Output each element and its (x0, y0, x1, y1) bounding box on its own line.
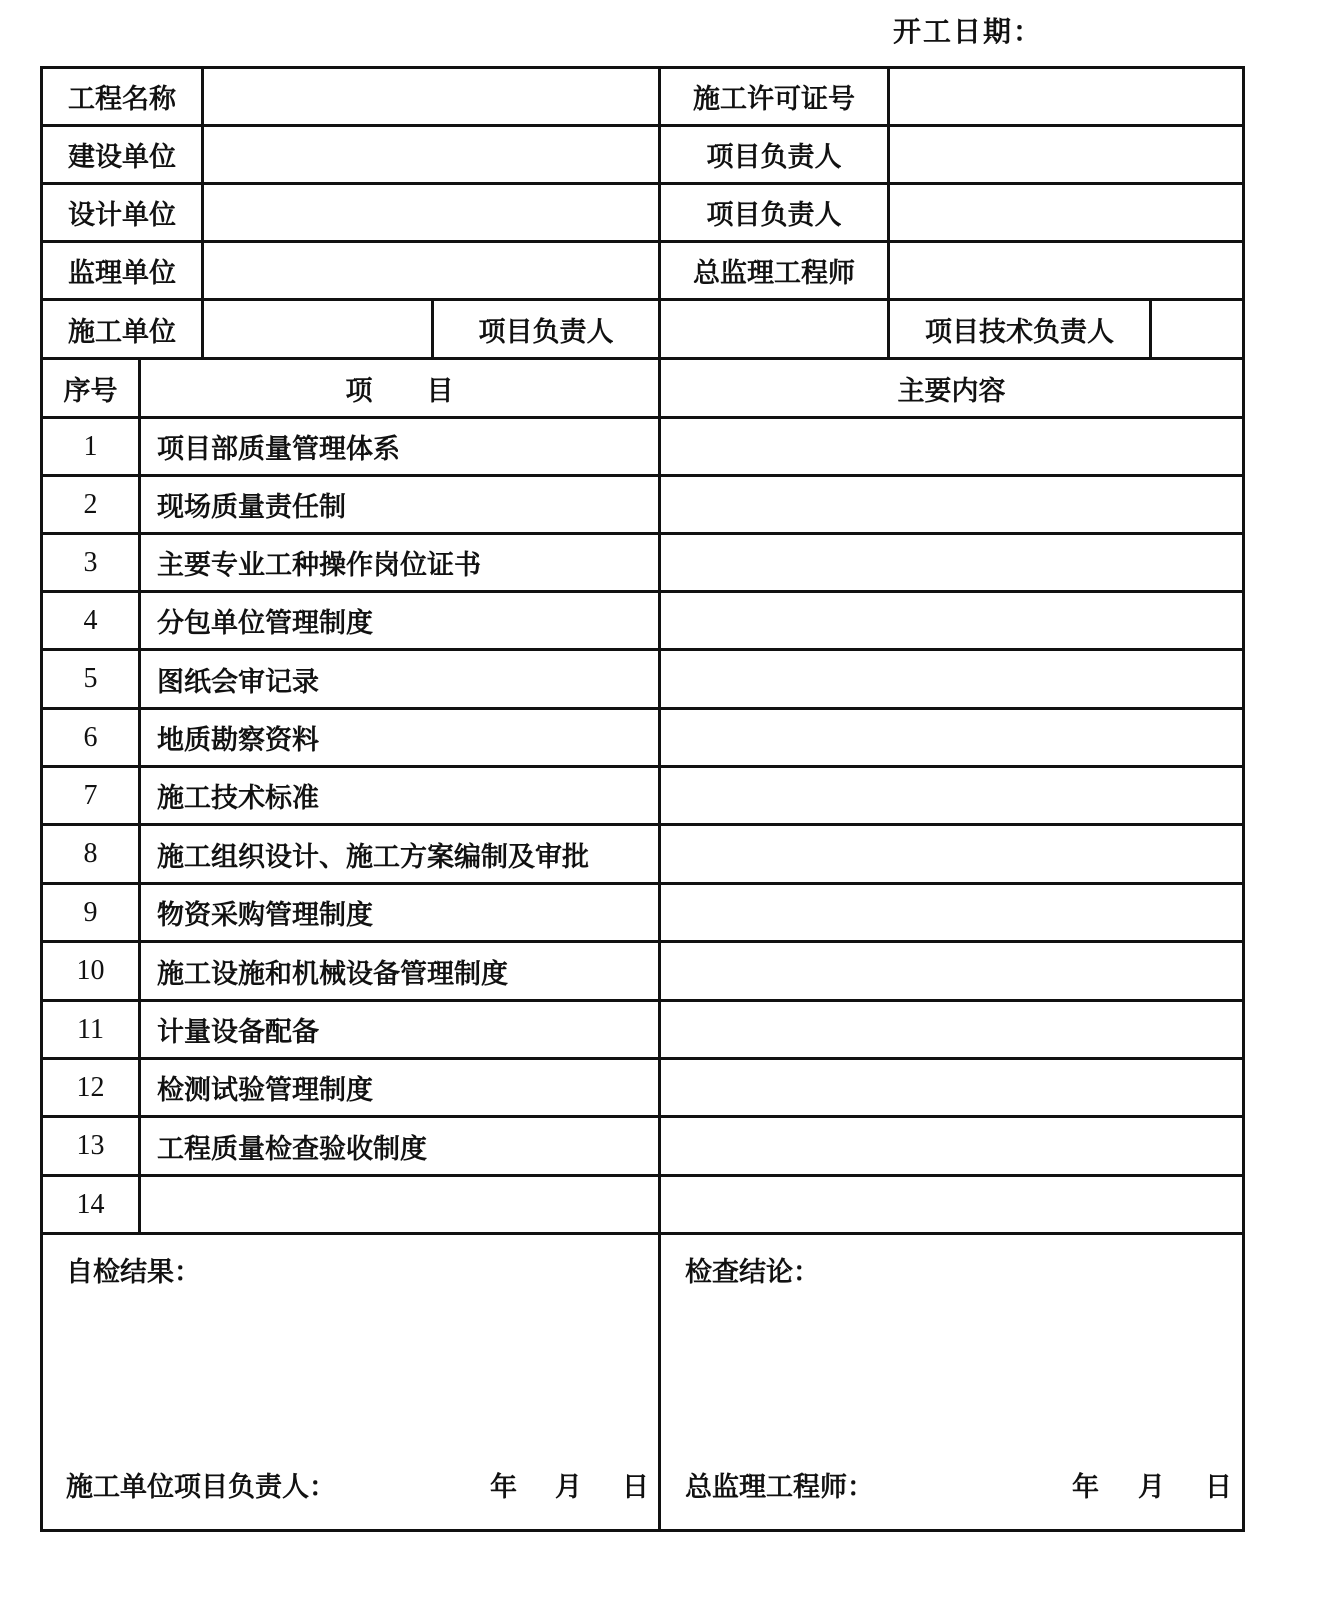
row-content-field[interactable] (661, 710, 1242, 765)
conclusion-field[interactable] (661, 1300, 1242, 1450)
row-content-field[interactable] (661, 419, 1242, 474)
col-header-seq: 序号 (43, 360, 138, 416)
row-seq: 5 (43, 651, 138, 707)
label-permit-no: 施工许可证号 (661, 69, 887, 124)
row-seq: 4 (43, 593, 138, 648)
row-item: 施工组织设计、施工方案编制及审批 (141, 826, 658, 882)
label-contractor-unit: 施工单位 (43, 301, 201, 357)
row-seq: 9 (43, 885, 138, 940)
row-item: 项目部质量管理体系 (141, 419, 658, 474)
field-chief-supervisor[interactable] (890, 243, 1242, 298)
conclusion-date-year: 年 (1072, 1465, 1099, 1504)
row-seq: 1 (43, 419, 138, 474)
conclusion-date-month: 月 (1138, 1465, 1165, 1504)
field-permit-no[interactable] (890, 69, 1242, 124)
conclusion-signer-label: 总监理工程师： (685, 1465, 874, 1504)
row-content-field[interactable] (661, 535, 1242, 590)
self-check-date-year: 年 (490, 1465, 517, 1504)
row-seq: 2 (43, 477, 138, 532)
self-check-signer-label: 施工单位项目负责人： (66, 1465, 336, 1504)
row-content-field[interactable] (661, 1177, 1242, 1232)
label-design-manager: 项目负责人 (661, 185, 887, 240)
field-design-unit[interactable] (204, 185, 658, 240)
row-divider (40, 1232, 1245, 1235)
field-design-manager[interactable] (890, 185, 1242, 240)
row-item: 计量设备配备 (141, 1002, 658, 1057)
label-client-manager: 项目负责人 (661, 127, 887, 182)
label-project-name: 工程名称 (43, 69, 201, 124)
row-item: 地质勘察资料 (141, 710, 658, 765)
field-contractor-manager[interactable] (661, 301, 887, 357)
conclusion-date-day: 日 (1205, 1465, 1232, 1504)
row-seq: 14 (43, 1177, 138, 1232)
self-check-result-field[interactable] (43, 1300, 658, 1450)
start-date-label: 开工日期： (893, 10, 1043, 50)
row-item: 图纸会审记录 (141, 651, 658, 707)
row-seq: 12 (43, 1060, 138, 1115)
label-chief-supervisor: 总监理工程师 (661, 243, 887, 298)
col-header-item: 项 目 (141, 360, 658, 416)
row-item: 工程质量检查验收制度 (141, 1118, 658, 1174)
row-item: 分包单位管理制度 (141, 593, 658, 648)
field-supervision-unit[interactable] (204, 243, 658, 298)
row-item: 物资采购管理制度 (141, 885, 658, 940)
label-client-unit: 建设单位 (43, 127, 201, 182)
field-client-unit[interactable] (204, 127, 658, 182)
row-item: 检测试验管理制度 (141, 1060, 658, 1115)
row-content-field[interactable] (661, 1060, 1242, 1115)
row-seq: 3 (43, 535, 138, 590)
row-seq: 11 (43, 1002, 138, 1057)
field-project-name[interactable] (204, 69, 658, 124)
row-content-field[interactable] (661, 943, 1242, 999)
field-contractor-unit[interactable] (204, 301, 431, 357)
col-header-content: 主要内容 (661, 360, 1242, 416)
row-content-field[interactable] (661, 885, 1242, 940)
row-item: 施工技术标准 (141, 768, 658, 823)
label-contractor-manager: 项目负责人 (434, 301, 658, 357)
row-seq: 8 (43, 826, 138, 882)
row-seq: 10 (43, 943, 138, 999)
conclusion-label: 检查结论： (685, 1250, 820, 1289)
label-tech-manager: 项目技术负责人 (890, 301, 1149, 357)
row-item: 现场质量责任制 (141, 477, 658, 532)
row-content-field[interactable] (661, 826, 1242, 882)
row-content-field[interactable] (661, 768, 1242, 823)
row-item: 施工设施和机械设备管理制度 (141, 943, 658, 999)
self-check-date-month: 月 (555, 1465, 582, 1504)
row-content-field[interactable] (661, 477, 1242, 532)
row-seq: 6 (43, 710, 138, 765)
row-content-field[interactable] (661, 651, 1242, 707)
row-seq: 13 (43, 1118, 138, 1174)
field-tech-manager[interactable] (1152, 301, 1242, 357)
self-check-label: 自检结果： (66, 1250, 201, 1289)
row-item: 主要专业工种操作岗位证书 (141, 535, 658, 590)
row-content-field[interactable] (661, 593, 1242, 648)
label-design-unit: 设计单位 (43, 185, 201, 240)
row-content-field[interactable] (661, 1118, 1242, 1174)
self-check-date-day: 日 (622, 1465, 649, 1504)
row-item-field[interactable] (141, 1177, 658, 1232)
row-content-field[interactable] (661, 1002, 1242, 1057)
label-supervision-unit: 监理单位 (43, 243, 201, 298)
row-seq: 7 (43, 768, 138, 823)
field-client-manager[interactable] (890, 127, 1242, 182)
